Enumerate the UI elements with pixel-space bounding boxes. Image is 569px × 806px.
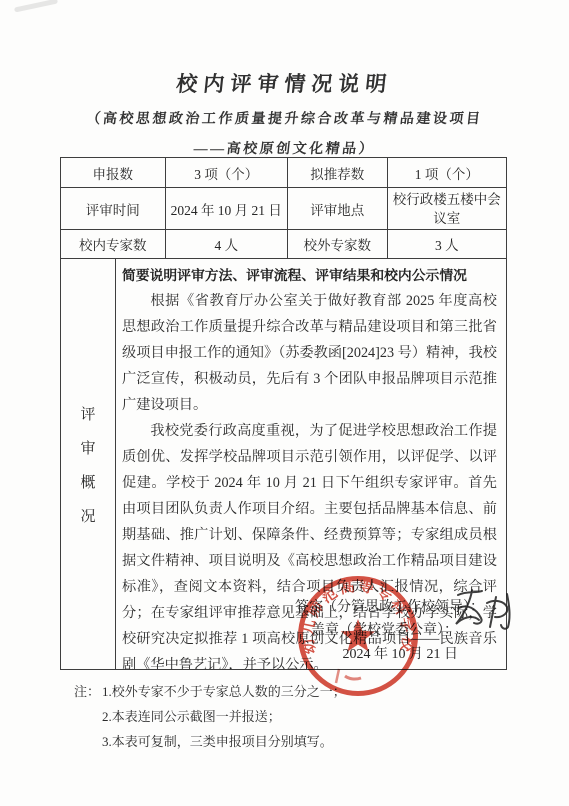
overview-label-char: 况	[80, 505, 95, 526]
document-subtitle-line2: ——高校原创文化精品）	[0, 138, 569, 158]
label-application-count: 申报数	[61, 158, 166, 187]
signature-date: 2024 年 10 月 21 日	[116, 643, 506, 667]
scan-smudge-artifact	[14, 0, 58, 13]
label-recommend-count: 拟推荐数	[288, 158, 388, 187]
document-subtitle-line1: （高校思想政治工作质量提升综合改革与精品建设项目	[0, 108, 569, 128]
value-recommend-count: 1 项（个）	[388, 158, 506, 187]
document-title: 校内评审情况说明	[0, 68, 569, 98]
table-row-counts: 申报数 3 项（个） 拟推荐数 1 项（个）	[61, 158, 506, 188]
table-row-experts: 校内专家数 4 人 校外专家数 3 人	[61, 230, 506, 259]
overview-label-char: 概	[80, 471, 95, 492]
overview-heading: 简要说明评审方法、评审流程、评审结果和校内公示情况	[122, 264, 497, 288]
footnote-prefix: 注：	[74, 679, 100, 754]
label-external-experts: 校外专家数	[288, 230, 388, 258]
review-info-table: 申报数 3 项（个） 拟推荐数 1 项（个） 评审时间 2024 年 10 月 …	[60, 157, 507, 670]
footnote-1: 1.校外专家不少于专家总人数的三分之一；	[102, 679, 346, 704]
footnote-2: 2.本表连同公示截图一并报送；	[102, 704, 346, 729]
value-application-count: 3 项（个）	[166, 158, 288, 187]
footnote-3: 3.本表可复制，三类申报项目分别填写。	[102, 729, 346, 754]
label-internal-experts: 校内专家数	[61, 230, 166, 258]
review-overview-row: 评 审 概 况 简要说明评审方法、评审流程、评审结果和校内公示情况 根据《省教育…	[61, 259, 506, 669]
overview-vertical-label: 评 审 概 况	[61, 259, 116, 669]
signature-block: 签字（分管思政工作校领导）： 盖章（学校党委公章）： 2024 年 10 月 2…	[116, 596, 506, 667]
overview-label-char: 审	[80, 437, 95, 458]
seal-lower-mark	[345, 676, 361, 679]
overview-content: 简要说明评审方法、评审流程、评审结果和校内公示情况 根据《省教育厅办公室关于做好…	[116, 259, 506, 669]
label-review-place: 评审地点	[288, 188, 388, 229]
value-external-experts: 3 人	[388, 230, 506, 258]
overview-label-char: 评	[80, 403, 95, 424]
value-internal-experts: 4 人	[166, 230, 288, 258]
footnotes: 注： 1.校外专家不少于专家总人数的三分之一； 2.本表连同公示截图一并报送； …	[74, 679, 346, 754]
value-review-time: 2024 年 10 月 21 日	[166, 188, 288, 229]
signature-label: 签字（分管思政工作校领导）：	[116, 596, 506, 620]
table-row-time-place: 评审时间 2024 年 10 月 21 日 评审地点 校行政楼五楼中会议室	[61, 188, 506, 230]
footnote-items: 1.校外专家不少于专家总人数的三分之一； 2.本表连同公示截图一并报送； 3.本…	[102, 679, 346, 754]
document-page: 校内评审情况说明 （高校思想政治工作质量提升综合改革与精品建设项目 ——高校原创…	[0, 0, 569, 806]
stamp-label: 盖章（学校党委公章）：	[116, 619, 506, 643]
label-review-time: 评审时间	[61, 188, 166, 229]
value-review-place: 校行政楼五楼中会议室	[388, 188, 506, 229]
overview-paragraph-1: 根据《省教育厅办公室关于做好教育部 2025 年度高校思想政治工作质量提升综合改…	[122, 288, 497, 418]
